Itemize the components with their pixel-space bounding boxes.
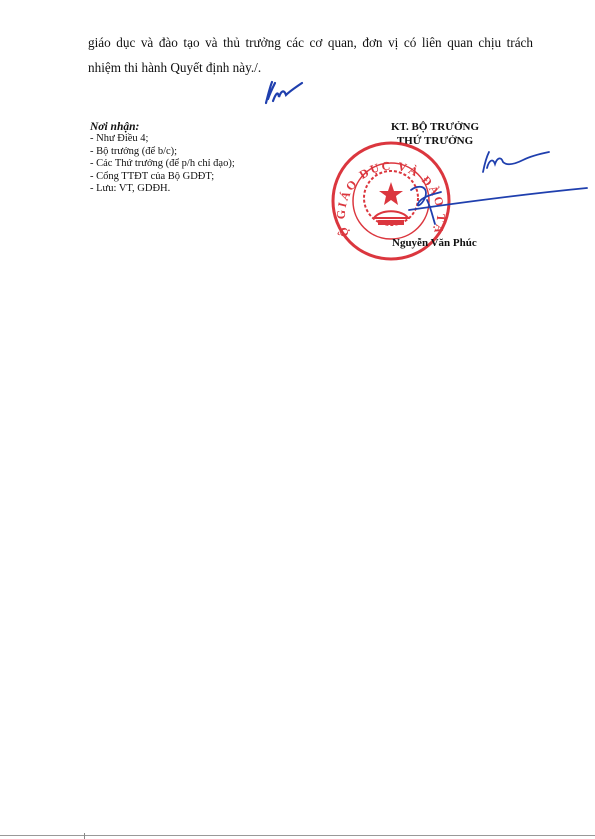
recipient-item: - Lưu: VT, GDĐH. [90,183,235,195]
signer-position-1: KT. BỘ TRƯỞNG [360,121,510,135]
recipient-item: - Các Thứ trưởng (để p/h chỉ đạo); [90,158,235,170]
handwritten-signature-icon [405,150,590,230]
recipients-title: Nơi nhận: [90,121,235,133]
signer-name: Nguyễn Văn Phúc [392,237,477,249]
paragraph-line-1: giáo dục và đào tạo và thủ trưởng các cơ… [88,30,533,55]
recipient-item: - Như Điều 4; [90,133,235,145]
footer-tick [84,833,85,839]
footer-divider [0,835,595,836]
closing-paragraph: giáo dục và đào tạo và thủ trưởng các cơ… [88,30,533,80]
recipient-item: - Cổng TTĐT của Bộ GDĐT; [90,171,235,183]
paragraph-line-2: nhiệm thi hành Quyết định này./. [88,55,533,80]
recipients-list: Nơi nhận: - Như Điều 4; - Bộ trưởng (để … [90,121,235,195]
recipient-item: - Bộ trưởng (để b/c); [90,146,235,158]
initial-signature-icon [260,79,304,105]
